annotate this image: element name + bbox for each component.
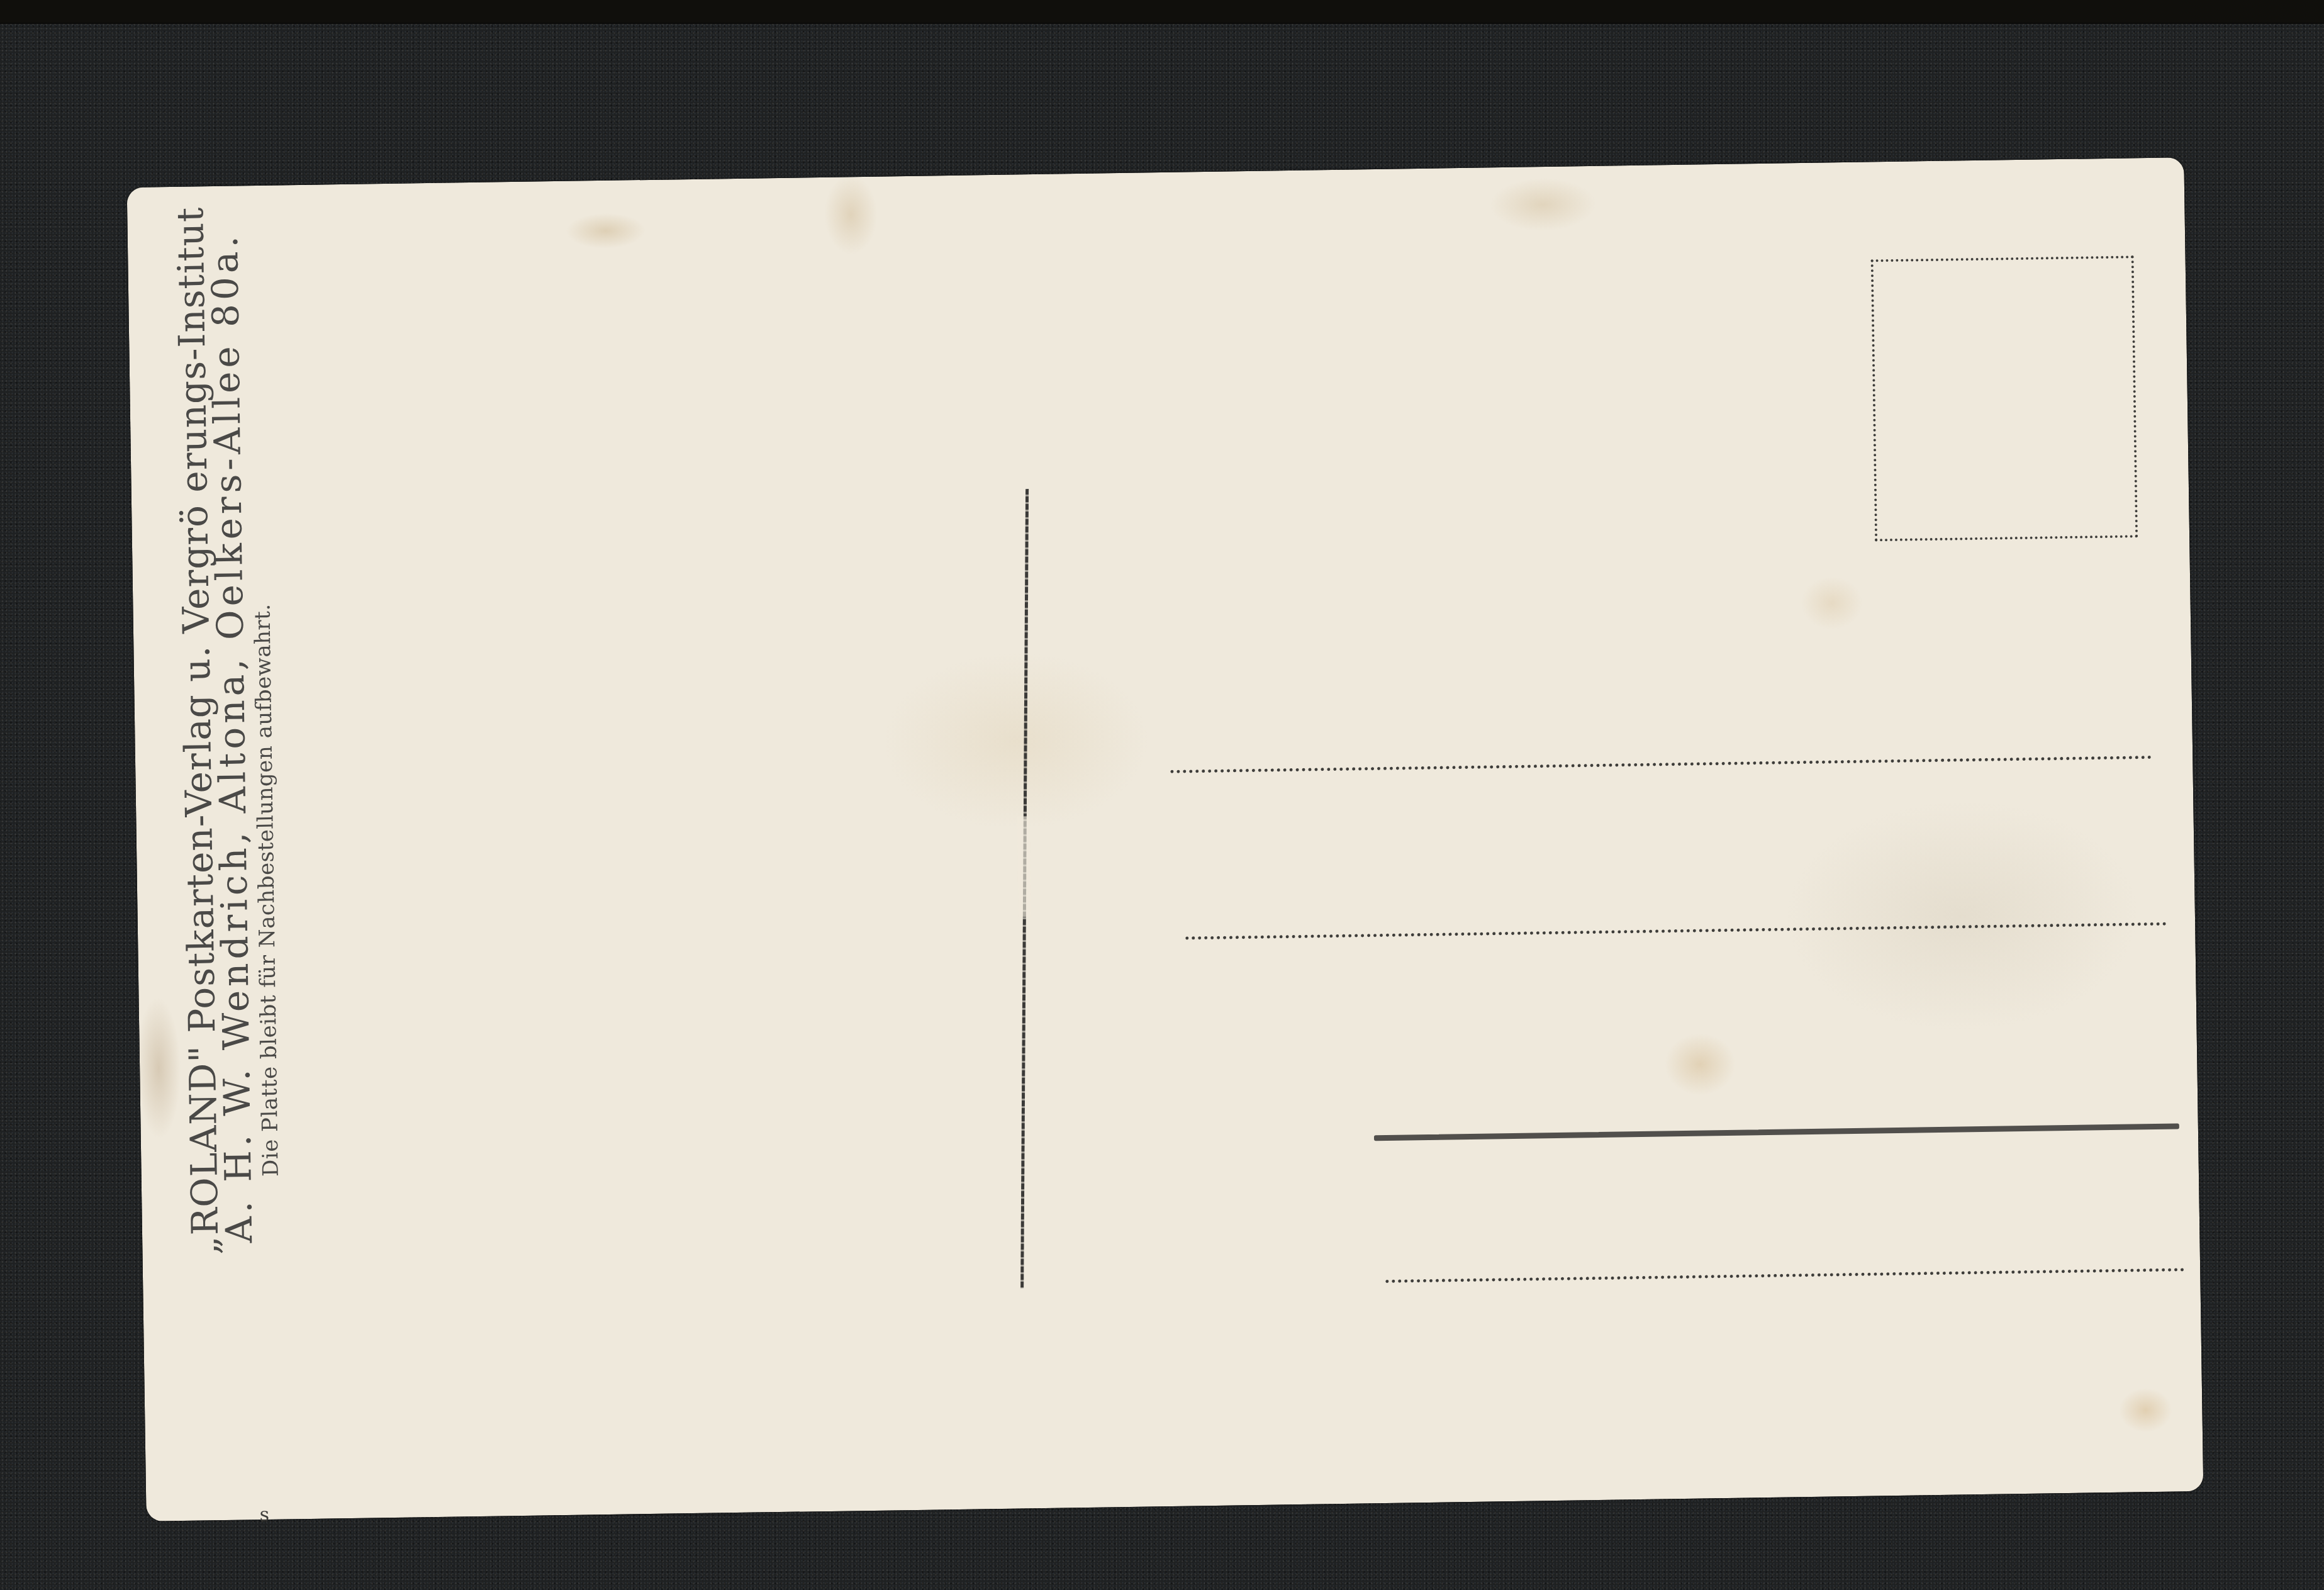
pen-mark: s	[259, 1504, 269, 1526]
top-edge-band	[0, 0, 2324, 24]
address-line-2	[1185, 922, 2167, 940]
address-line-4	[1385, 1268, 2184, 1283]
divider-faded-section	[1017, 816, 1031, 917]
postcard-back: „ROLAND" Postkarten-Verlag u. Vergrö eru…	[127, 157, 2204, 1521]
stamp-placement-box	[1871, 255, 2138, 541]
address-line-3-solid	[1374, 1123, 2179, 1141]
address-line-1	[1170, 756, 2152, 773]
